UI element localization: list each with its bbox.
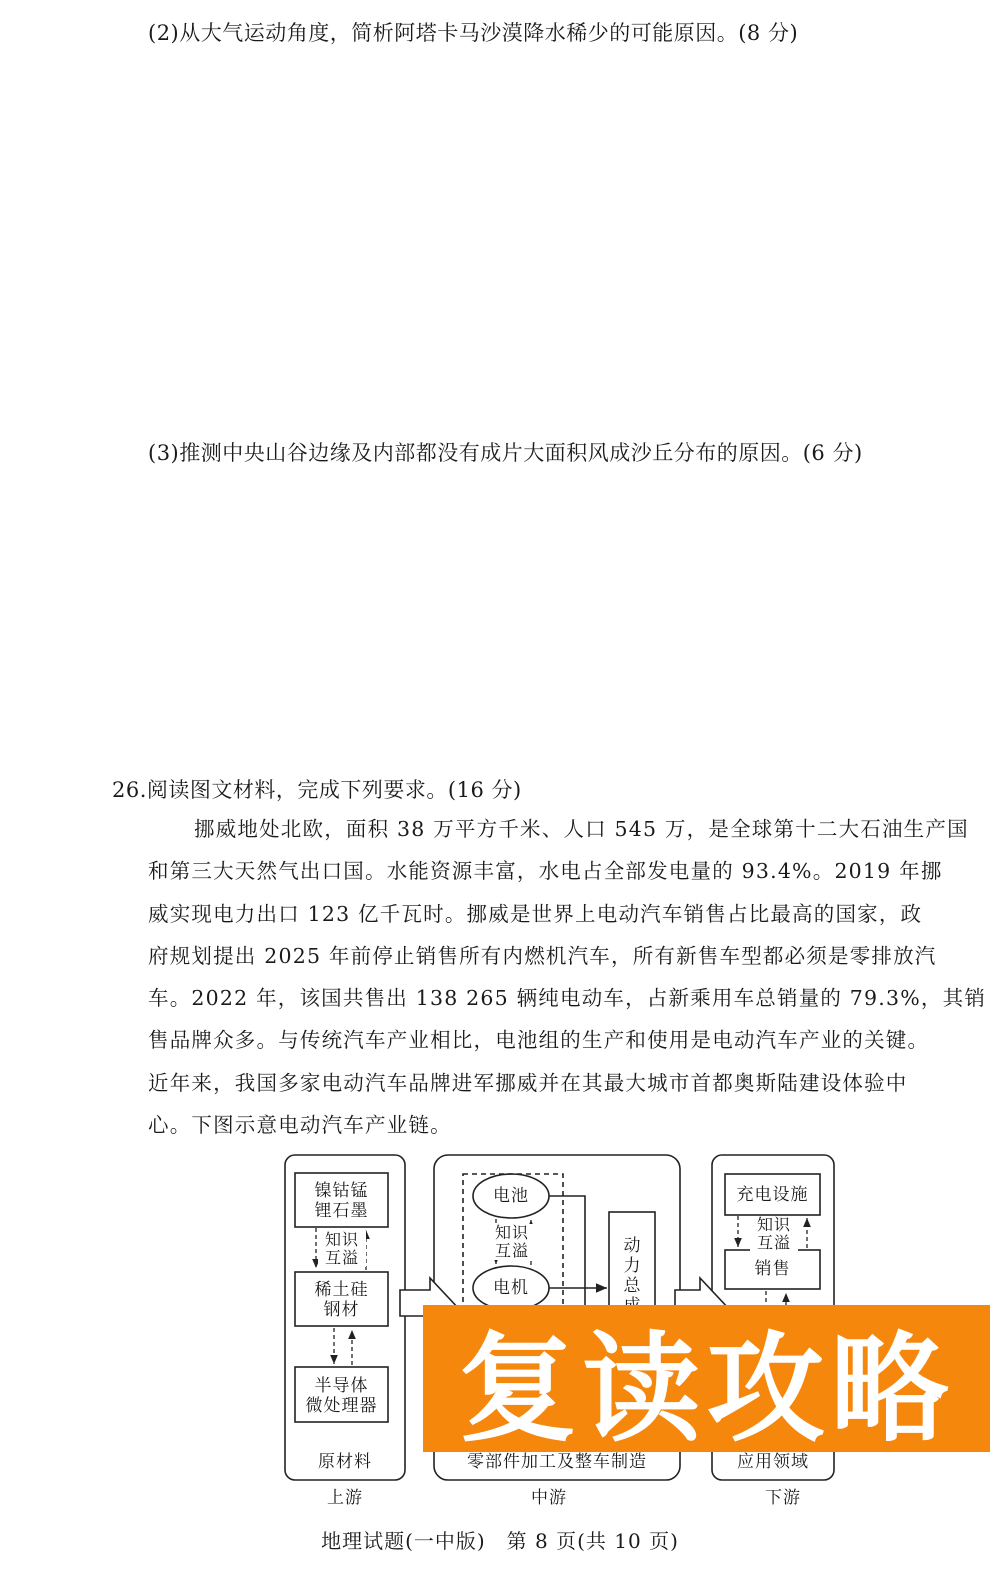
node-label: 力 xyxy=(622,1256,642,1276)
node-label: 半导体 xyxy=(295,1376,388,1396)
spill-text: 知识 xyxy=(318,1231,366,1249)
page-footer: 地理试题(一中版) 第 8 页(共 10 页) xyxy=(0,1525,1000,1554)
spill-text: 互溢 xyxy=(488,1242,536,1260)
node-charging: 充电设施 xyxy=(725,1185,820,1205)
node-label: 微处理器 xyxy=(295,1396,388,1416)
watermark-banner: 复读攻略 xyxy=(423,1305,990,1452)
question-3: (3)推测中央山谷边缘及内部都没有成片大面积风成沙丘分布的原因。(6 分) xyxy=(148,437,863,467)
node-semiconductor: 半导体 微处理器 xyxy=(295,1376,388,1416)
spill-text: 知识 xyxy=(750,1216,798,1234)
upstream-stage: 上游 xyxy=(285,1488,405,1508)
question-26-title: 26.阅读图文材料，完成下列要求。(16 分) xyxy=(112,774,522,804)
knowledge-spill-label: 知识 互溢 xyxy=(488,1224,536,1260)
node-rare-earth: 稀土硅 钢材 xyxy=(295,1280,388,1320)
material-line: 威实现电力出口 123 亿千瓦时。挪威是世界上电动汽车销售占比最高的国家，政 xyxy=(148,893,973,935)
material-line: 近年来，我国多家电动汽车品牌进军挪威并在其最大城市首都奥斯陆建设体验中 xyxy=(148,1062,973,1104)
node-label: 稀土硅 xyxy=(295,1280,388,1300)
node-label: 锂石墨 xyxy=(295,1201,388,1221)
midstream-stage: 中游 xyxy=(434,1488,664,1508)
node-sales: 销售 xyxy=(725,1259,820,1279)
material-line: 心。下图示意电动汽车产业链。 xyxy=(148,1104,973,1146)
spill-text: 互溢 xyxy=(750,1234,798,1252)
material-line: 和第三大天然气出口国。水能资源丰富，水电占全部发电量的 93.4%。2019 年… xyxy=(148,850,973,892)
question-2: (2)从大气运动角度，简析阿塔卡马沙漠降水稀少的可能原因。(8 分) xyxy=(148,17,798,47)
node-label: 动 xyxy=(622,1236,642,1256)
downstream-stage: 下游 xyxy=(722,1488,844,1508)
knowledge-spill-label: 知识 互溢 xyxy=(318,1231,366,1267)
node-label: 钢材 xyxy=(295,1300,388,1320)
material-line: 挪威地处北欧，面积 38 万平方千米、人口 545 万，是全球第十二大石油生产国 xyxy=(148,808,973,850)
material-line: 车。2022 年，该国共售出 138 265 辆纯电动车，占新乘用车总销量的 7… xyxy=(148,977,973,1019)
material-line: 售品牌众多。与传统汽车产业相比，电池组的生产和使用是电动汽车产业的关键。 xyxy=(148,1019,973,1061)
node-label: 镍钴锰 xyxy=(295,1181,388,1201)
node-battery: 电池 xyxy=(473,1186,549,1206)
upstream-caption: 原材料 xyxy=(285,1452,405,1472)
spill-text: 互溢 xyxy=(318,1249,366,1267)
spill-text: 知识 xyxy=(488,1224,536,1242)
material-line: 府规划提出 2025 年前停止销售所有内燃机汽车，所有新售车型都必须是零排放汽 xyxy=(148,935,973,977)
knowledge-spill-label: 知识 互溢 xyxy=(750,1216,798,1252)
question-26-material: 挪威地处北欧，面积 38 万平方千米、人口 545 万，是全球第十二大石油生产国… xyxy=(148,808,973,1146)
node-nickel-cobalt: 镍钴锰 锂石墨 xyxy=(295,1181,388,1221)
